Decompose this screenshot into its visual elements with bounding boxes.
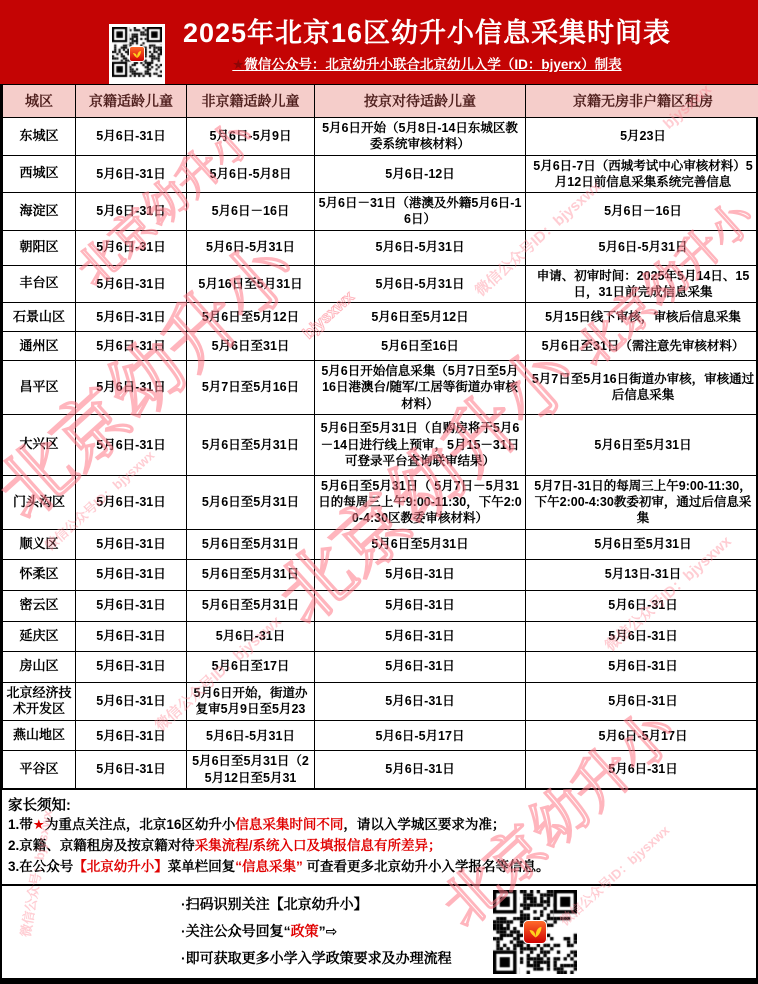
table-row: 北京经济技术开发区5月6日-31日5月6日开始，街道办复审5月9日至5月235月… (3, 682, 758, 721)
schedule-cell: 5月6日-31日 (526, 751, 758, 789)
wechat-account-logo-icon (523, 920, 547, 944)
schedule-cell: 5月6日-31日 (187, 621, 315, 651)
text-segment: ·即可获取更多小学入学政策要求及办理流程 (181, 950, 452, 966)
table-row: 东城区5月6日-31日5月6日-5月9日5月6日开始（5月8日-14日东城区教委… (3, 118, 758, 156)
page-subtitle: ★微信公众号：北京幼升小联合北京幼儿入学（ID：bjyerx）制表 (183, 53, 671, 73)
text-segment: 3.在公众号 (8, 859, 73, 874)
text-segment: ·关注公众号回复“ (181, 923, 291, 939)
schedule-cell: 5月6日－16日 (187, 193, 315, 231)
schedule-cell: 5月6日至5月12日 (315, 303, 526, 332)
schedule-cell: 5月6日-31日 (76, 682, 187, 721)
table-row: 朝阳区5月6日-31日5月6日-5月31日5月6日-5月31日5月6日-5月31… (3, 230, 758, 265)
column-header-0: 城区 (3, 85, 76, 118)
table-row: 丰台区5月6日-31日5月16日至5月31日5月6日-5月31日申请、初审时间：… (3, 265, 758, 303)
text-segment: 2.京籍、京籍租房及按京籍对待 (8, 838, 195, 853)
footer-bullet-3: ·即可获取更多小学入学政策要求及办理流程 (181, 945, 481, 972)
schedule-cell: 5月6日-31日 (315, 590, 526, 621)
sprout-icon (132, 49, 142, 59)
table-row: 延庆区5月6日-31日5月6日-31日5月6日-31日5月6日-31日 (3, 621, 758, 651)
wechat-account-logo-icon (129, 46, 145, 62)
table-row: 海淀区5月6日-31日5月6日－16日5月6日－31日（港澳及外籍5月6日-16… (3, 193, 758, 231)
schedule-cell: 5月6日-31日 (76, 651, 187, 682)
schedule-cell: 5月6日至5月31日 (187, 559, 315, 590)
table-header-row: 城区京籍适龄儿童非京籍适龄儿童按京对待适龄儿童京籍无房非户籍区租房 (3, 85, 758, 118)
page-title: 2025年北京16区幼升小信息采集时间表 (183, 11, 671, 50)
schedule-cell: 5月6日-5月31日 (526, 230, 758, 265)
table-row: 门头沟区5月6日-31日5月6日至5月31日5月6日至5月31日（ 5月7日－5… (3, 475, 758, 529)
schedule-cell: 5月6日-31日 (76, 559, 187, 590)
poster-page: 2025年北京16区幼升小信息采集时间表 ★微信公众号：北京幼升小联合北京幼儿入… (0, 0, 758, 984)
district-cell: 平谷区 (3, 751, 76, 789)
district-cell: 密云区 (3, 590, 76, 621)
footer-section: ·扫码识别关注【北京幼升小】·关注公众号回复“政策”⇨·即可获取更多小学入学政策… (2, 884, 756, 982)
schedule-cell: 5月6日至5月31日（自购房将于5月6－14日进行线上预审，5月15－31日可登… (315, 414, 526, 475)
schedule-cell: 5月6日-31日 (76, 475, 187, 529)
schedule-cell: 5月6日-31日 (526, 621, 758, 651)
table-row: 平谷区5月6日-31日5月6日至5月31日（25月12日至5月315月6日-31… (3, 751, 758, 789)
schedule-cell: 5月15日线下审核，审核后信息采集 (526, 303, 758, 332)
table-row: 燕山地区5月6日-31日5月6日-5月31日5月6日-5月17日5月6日-5月1… (3, 721, 758, 751)
table-row: 西城区5月6日-31日5月6日-5月8日5月6日-12日5月6日-7日（西城考试… (3, 155, 758, 193)
district-cell: 通州区 (3, 332, 76, 361)
schedule-cell: 5月6日-31日 (76, 118, 187, 156)
district-cell: 北京经济技术开发区 (3, 682, 76, 721)
district-cell: 海淀区 (3, 193, 76, 231)
note-line-3: 3.在公众号【北京幼升小】菜单栏回复“信息采集” 可查看更多北京幼升小入学报名等… (8, 857, 750, 878)
footer-bullet-2: ·关注公众号回复“政策”⇨ (181, 918, 481, 945)
schedule-cell: 5月6日-31日 (76, 265, 187, 303)
text-segment: 【北京幼升小】 (73, 859, 168, 874)
text-segment: 政策 (291, 923, 319, 939)
column-header-4: 京籍无房非户籍区租房 (526, 85, 758, 118)
schedule-cell: 5月6日-31日 (76, 721, 187, 751)
schedule-cell: 5月7日至5月16日 (187, 361, 315, 415)
schedule-cell: 5月6日-5月17日 (315, 721, 526, 751)
schedule-cell: 5月6日-31日 (526, 651, 758, 682)
schedule-cell: 5月6日至31日（需注意先审核材料） (526, 332, 758, 361)
table-row: 石景山区5月6日-31日5月6日至5月12日5月6日至5月12日5月15日线下审… (3, 303, 758, 332)
schedule-cell: 5月6日至31日 (187, 332, 315, 361)
text-segment: 为重点关注点，北京16区幼升小 (45, 817, 236, 832)
notes-title: 家长须知: (8, 794, 750, 815)
text-segment: “信息采集” (235, 859, 303, 874)
note-line-2: 2.京籍、京籍租房及按京籍对待采集流程/系统入口及填报信息有所差异； (8, 836, 750, 857)
schedule-cell: 5月6日至17日 (187, 651, 315, 682)
schedule-cell: 5月6日-5月9日 (187, 118, 315, 156)
sheet: 城区京籍适龄儿童非京籍适龄儿童按京对待适龄儿童京籍无房非户籍区租房 东城区5月6… (0, 84, 758, 984)
text-segment: ，请以入学城区要求为准； (343, 817, 505, 832)
schedule-cell: 5月6日至5月31日 (526, 529, 758, 559)
table-row: 通州区5月6日-31日5月6日至31日5月6日至16日5月6日至31日（需注意先… (3, 332, 758, 361)
district-cell: 大兴区 (3, 414, 76, 475)
parent-notes-section: 家长须知: 1.带★为重点关注点，北京16区幼升小信息采集时间不同，请以入学城区… (2, 789, 756, 884)
schedule-cell: 5月6日-31日 (76, 529, 187, 559)
schedule-cell: 5月13日-31日 (526, 559, 758, 590)
schedule-cell: 5月6日-31日 (76, 332, 187, 361)
wechat-qr-header (109, 24, 165, 84)
schedule-cell: 5月6日至5月31日（25月12日至5月31 (187, 751, 315, 789)
table-row: 房山区5月6日-31日5月6日至17日5月6日-31日5月6日-31日 (3, 651, 758, 682)
text-segment: ★ (33, 817, 45, 832)
district-cell: 房山区 (3, 651, 76, 682)
table-row: 密云区5月6日-31日5月6日至5月31日5月6日-31日5月6日-31日 (3, 590, 758, 621)
schedule-cell: 5月6日-5月31日 (187, 230, 315, 265)
schedule-cell: 5月6日-31日 (76, 621, 187, 651)
schedule-cell: 5月6日-7日（西城考试中心审核材料）5月12日前信息采集系统完善信息 (526, 155, 758, 193)
schedule-cell: 5月23日 (526, 118, 758, 156)
schedule-cell: 5月6日-31日 (76, 361, 187, 415)
column-header-2: 非京籍适龄儿童 (187, 85, 315, 118)
schedule-cell: 5月16日至5月31日 (187, 265, 315, 303)
schedule-cell: 5月6日－31日（港澳及外籍5月6日-16日） (315, 193, 526, 231)
text-segment: 可查看更多北京幼升小入学报名等信息。 (303, 859, 550, 874)
column-header-1: 京籍适龄儿童 (76, 85, 187, 118)
schedule-cell: 5月6日至5月12日 (187, 303, 315, 332)
table-row: 昌平区5月6日-31日5月7日至5月16日5月6日开始信息采集（5月7日至5月1… (3, 361, 758, 415)
district-cell: 延庆区 (3, 621, 76, 651)
schedule-cell: 5月6日-31日 (76, 230, 187, 265)
district-cell: 朝阳区 (3, 230, 76, 265)
schedule-cell: 5月7日-31日的每周三上午9:00-11:30，下午2:00-4:30教委初审… (526, 475, 758, 529)
schedule-cell: 5月6日-12日 (315, 155, 526, 193)
schedule-cell: 5月6日至5月31日（ 5月7日－5月31日的每周三上午9:00-11:30，下… (315, 475, 526, 529)
schedule-cell: 5月6日-31日 (315, 751, 526, 789)
schedule-cell: 5月6日-5月17日 (526, 721, 758, 751)
schedule-cell: 5月6日-31日 (526, 682, 758, 721)
star-icon: ★ (232, 57, 244, 72)
text-segment: ”⇨ (319, 923, 338, 939)
district-cell: 昌平区 (3, 361, 76, 415)
schedule-table: 城区京籍适龄儿童非京籍适龄儿童按京对待适龄儿童京籍无房非户籍区租房 东城区5月6… (2, 84, 758, 789)
schedule-cell: 申请、初审时间：2025年5月14日、15日，31日前完成信息采集 (526, 265, 758, 303)
text-segment: 1.带 (8, 817, 33, 832)
schedule-cell: 5月6日至5月31日 (315, 529, 526, 559)
sprout-icon (528, 924, 543, 939)
district-cell: 石景山区 (3, 303, 76, 332)
district-cell: 燕山地区 (3, 721, 76, 751)
schedule-cell: 5月6日-31日 (315, 682, 526, 721)
schedule-cell: 5月6日-31日 (76, 303, 187, 332)
district-cell: 怀柔区 (3, 559, 76, 590)
district-cell: 门头沟区 (3, 475, 76, 529)
text-segment: 菜单栏回复 (168, 859, 236, 874)
schedule-cell: 5月6日开始，街道办复审5月9日至5月23 (187, 682, 315, 721)
note-line-1: 1.带★为重点关注点，北京16区幼升小信息采集时间不同，请以入学城区要求为准； (8, 815, 750, 836)
column-header-3: 按京对待适龄儿童 (315, 85, 526, 118)
schedule-cell: 5月6日-5月31日 (315, 265, 526, 303)
schedule-cell: 5月6日至16日 (315, 332, 526, 361)
banner: 2025年北京16区幼升小信息采集时间表 ★微信公众号：北京幼升小联合北京幼儿入… (0, 0, 758, 84)
schedule-cell: 5月6日-31日 (76, 414, 187, 475)
table-row: 顺义区5月6日-31日5月6日至5月31日5月6日至5月31日5月6日至5月31… (3, 529, 758, 559)
district-cell: 东城区 (3, 118, 76, 156)
schedule-cell: 5月6日-5月31日 (187, 721, 315, 751)
schedule-cell: 5月6日-5月31日 (315, 230, 526, 265)
footer-bullet-1: ·扫码识别关注【北京幼升小】 (181, 891, 481, 918)
schedule-cell: 5月6日至5月31日 (187, 414, 315, 475)
schedule-cell: 5月6日开始信息采集（5月7日至5月16日港澳台/随军/工居等街道办审核材料） (315, 361, 526, 415)
wechat-qr-footer (493, 890, 577, 974)
schedule-cell: 5月6日至5月31日 (187, 529, 315, 559)
schedule-cell: 5月7日至5月16日街道办审核，审核通过后信息采集 (526, 361, 758, 415)
district-cell: 西城区 (3, 155, 76, 193)
schedule-cell: 5月6日-5月8日 (187, 155, 315, 193)
district-cell: 丰台区 (3, 265, 76, 303)
schedule-cell: 5月6日至5月31日 (187, 590, 315, 621)
schedule-cell: 5月6日-31日 (76, 751, 187, 789)
schedule-cell: 5月6日开始（5月8日-14日东城区教委系统审核材料） (315, 118, 526, 156)
schedule-cell: 5月6日-31日 (526, 590, 758, 621)
text-segment: ·扫码识别关注【北京幼升小】 (181, 896, 368, 912)
schedule-cell: 5月6日至5月31日 (526, 414, 758, 475)
table-row: 大兴区5月6日-31日5月6日至5月31日5月6日至5月31日（自购房将于5月6… (3, 414, 758, 475)
schedule-cell: 5月6日-31日 (315, 651, 526, 682)
schedule-cell: 5月6日-31日 (76, 155, 187, 193)
footer-bullets: ·扫码识别关注【北京幼升小】·关注公众号回复“政策”⇨·即可获取更多小学入学政策… (181, 891, 481, 973)
schedule-cell: 5月6日－16日 (526, 193, 758, 231)
table-row: 怀柔区5月6日-31日5月6日至5月31日5月6日-31日5月13日-31日 (3, 559, 758, 590)
schedule-cell: 5月6日-31日 (76, 590, 187, 621)
schedule-cell: 5月6日-31日 (315, 621, 526, 651)
page-subtitle-text: 微信公众号：北京幼升小联合北京幼儿入学（ID：bjyerx）制表 (244, 57, 621, 72)
district-cell: 顺义区 (3, 529, 76, 559)
schedule-cell: 5月6日-31日 (76, 193, 187, 231)
schedule-cell: 5月6日至5月31日 (187, 475, 315, 529)
schedule-cell: 5月6日-31日 (315, 559, 526, 590)
text-segment: 采集流程/系统入口及填报信息有所差异； (195, 838, 442, 853)
text-segment: 信息采集时间不同 (235, 817, 343, 832)
